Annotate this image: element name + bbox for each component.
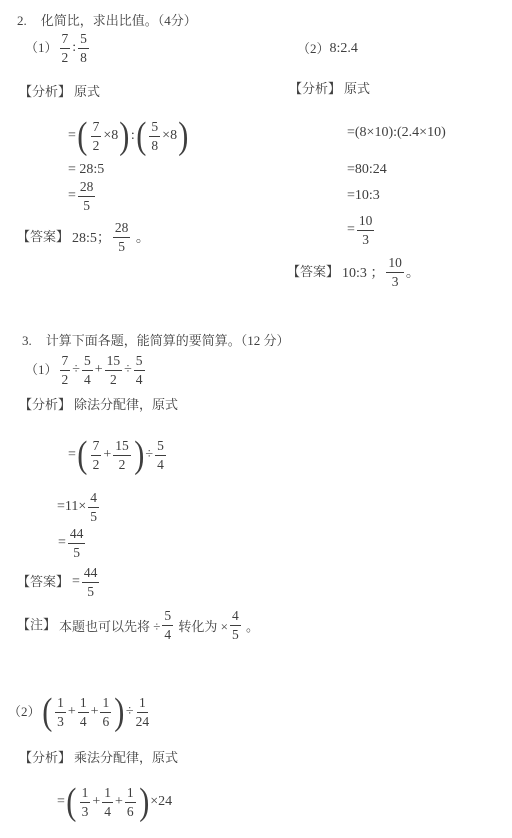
analysis-label: 【分析】 xyxy=(289,81,341,97)
q3-part2-analysis: 【分析】 乘法分配律，原式 xyxy=(19,750,178,766)
q3-part1-step-2: =11×45 xyxy=(57,489,101,525)
q2-part2-label: （2） xyxy=(297,41,330,57)
q2-part1-step-3: =285 xyxy=(68,178,97,214)
answer-math: =445 xyxy=(72,565,101,598)
q3-part1-note: 【注】 本题也可以先将 ÷54 转化为 ×45 。 xyxy=(17,607,259,643)
answer-label: 【答案】 xyxy=(17,229,69,245)
analysis-text: 乘法分配律，原式 xyxy=(74,750,178,766)
math-expression: =445 xyxy=(58,526,87,559)
math-expression: = 28:5 xyxy=(68,162,104,178)
q2-part1-math: 72:58 xyxy=(58,31,91,64)
q3-part2-step-1: =(13+14+16)×24 xyxy=(57,779,172,825)
q3-part2-expression: （2） (13+14+16)÷124 xyxy=(8,689,151,735)
q3-part2-math: (13+14+16)÷124 xyxy=(41,693,152,731)
q3-part1-expression: （1） 72÷54+152÷54 xyxy=(25,352,147,388)
q3-header: 3. 计算下面各题，能简算的要简算。（12 分） xyxy=(22,333,290,349)
worksheet-page: { "text_color": "#3e3e3e", "q2": { "numb… xyxy=(0,0,512,838)
q2-part1-step-2: = 28:5 xyxy=(68,162,104,178)
analysis-text: 原式 xyxy=(344,81,370,97)
analysis-label: 【分析】 xyxy=(19,397,71,413)
q2-part2-step-3: =10:3 xyxy=(347,188,380,204)
math-expression: =(72×8):(58×8) xyxy=(68,117,190,155)
math-expression: =11×45 xyxy=(57,490,101,523)
answer-math: 28:5；285 。 xyxy=(72,220,150,253)
q3-number: 3. xyxy=(22,333,32,349)
math-expression: =(8×10):(2.4×10) xyxy=(347,125,446,141)
q2-part2-expression: （2） 8:2.4 xyxy=(297,41,358,57)
answer-label: 【答案】 xyxy=(17,574,69,590)
analysis-text: 除法分配律，原式 xyxy=(74,397,178,413)
q3-part1-label: （1） xyxy=(25,362,58,378)
q3-part1-answer: 【答案】 =445 xyxy=(17,564,101,600)
answer-label: 【答案】 xyxy=(287,264,339,280)
analysis-label: 【分析】 xyxy=(19,84,71,100)
note-math: 本题也可以先将 ÷54 转化为 ×45 。 xyxy=(59,608,259,641)
q2-part1-answer: 【答案】 28:5；285 。 xyxy=(17,219,150,255)
math-expression: =(13+14+16)×24 xyxy=(57,783,172,821)
q2-part2-math: 8:2.4 xyxy=(330,41,358,57)
q3-part2-label: （2） xyxy=(8,704,41,720)
q2-part1-label: （1） xyxy=(25,40,58,56)
q2-part2-step-4: =103 xyxy=(347,212,376,248)
math-expression: =(72+152)÷54 xyxy=(68,436,168,474)
q2-part2-step-2: =80:24 xyxy=(347,162,387,178)
q3-title: 计算下面各题，能简算的要简算。（12 分） xyxy=(46,333,290,349)
math-expression: =103 xyxy=(347,213,376,246)
q2-title: 化简比，求出比值。（4分） xyxy=(41,13,197,29)
math-expression: =285 xyxy=(68,179,97,212)
analysis-label: 【分析】 xyxy=(19,750,71,766)
analysis-text: 原式 xyxy=(74,84,100,100)
q2-part1-expression: （1） 72:58 xyxy=(25,30,91,66)
q2-part1-analysis: 【分析】 原式 xyxy=(19,84,100,100)
q2-part2-step-1: =(8×10):(2.4×10) xyxy=(347,125,446,141)
answer-math: 10:3 ；103。 xyxy=(342,255,420,288)
q3-part1-step-1: =(72+152)÷54 xyxy=(68,432,168,478)
q3-part1-analysis: 【分析】 除法分配律，原式 xyxy=(19,397,178,413)
q2-part2-answer: 【答案】 10:3 ；103。 xyxy=(287,254,420,290)
math-expression: =80:24 xyxy=(347,162,387,178)
q2-part1-step-1: =(72×8):(58×8) xyxy=(68,113,190,159)
q2-part2-analysis: 【分析】 原式 xyxy=(289,81,370,97)
math-expression: =10:3 xyxy=(347,188,380,204)
q3-part1-math: 72÷54+152÷54 xyxy=(58,353,147,386)
q2-header: 2. 化简比，求出比值。（4分） xyxy=(17,13,197,29)
note-label: 【注】 xyxy=(17,617,56,633)
q3-part1-step-3: =445 xyxy=(58,525,87,561)
q2-number: 2. xyxy=(17,13,27,29)
